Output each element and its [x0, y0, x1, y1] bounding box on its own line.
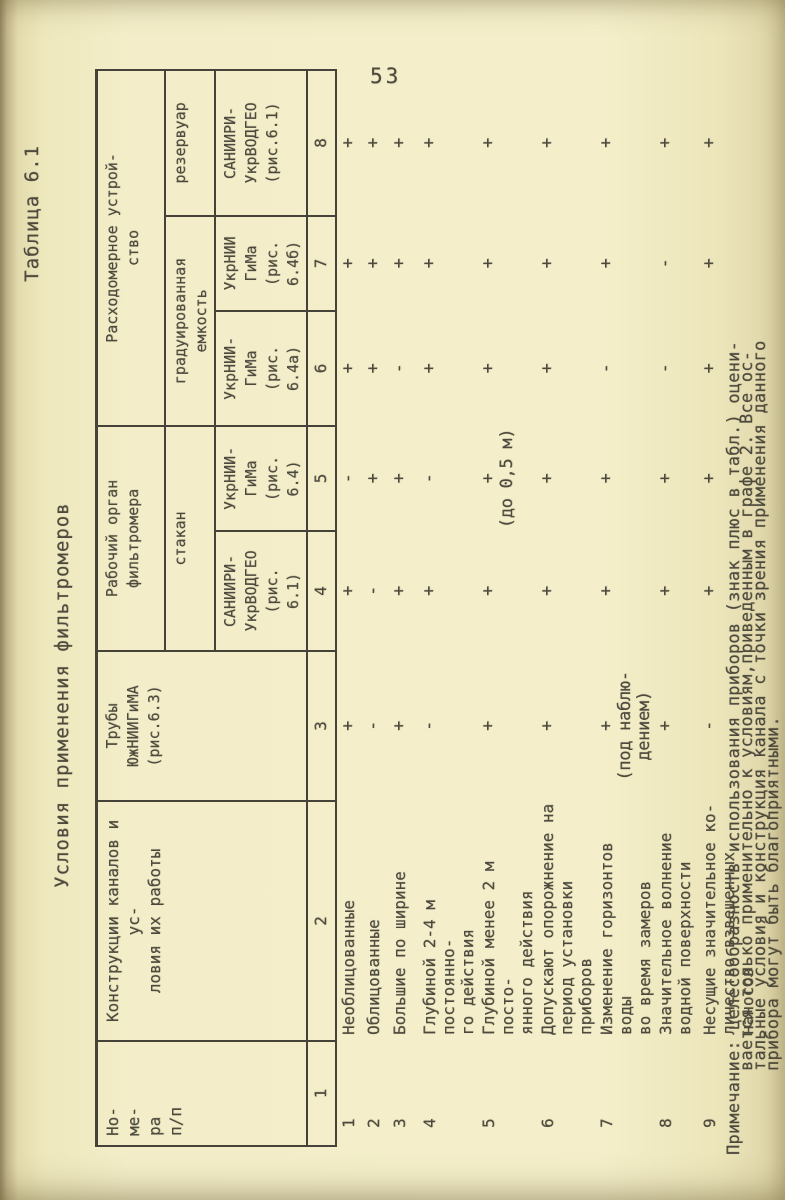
mark-cell: +: [477, 216, 536, 311]
header-group-working-organ: Рабочий орган фильтромера: [97, 426, 165, 651]
row-label: Большие по ширине: [388, 801, 418, 1041]
mark-cell: -: [362, 651, 388, 801]
scanned-book-page: 53 Таблица 6.1 Условия применения фильтр…: [0, 0, 785, 1200]
mark-cell: +: [654, 426, 698, 531]
mark-cell: +: [595, 426, 654, 531]
header-row-groups: Но- ме- ра п/п Конструкции каналов и ус-…: [97, 70, 165, 1146]
column-number: 2: [307, 801, 336, 1041]
mark-cell: +: [336, 70, 362, 216]
mark-cell: -: [595, 311, 654, 426]
header-col-numbers: Но- ме- ра п/п: [97, 1041, 307, 1146]
table-row: 7 Изменение горизонтов воды во время зам…: [595, 70, 654, 1146]
mark-cell: +: [418, 531, 477, 651]
column-number: 4: [307, 531, 336, 651]
mark-cell: +: [654, 70, 698, 216]
mark-cell: +: [362, 311, 388, 426]
column-number: 7: [307, 216, 336, 311]
header-col-constructions: Конструкции каналов и ус- ловия их работ…: [97, 801, 307, 1041]
header-col5-ukrniigima: УкрНИИ- ГиМа (рис. 6.4): [215, 426, 307, 531]
row-number: 2: [362, 1041, 388, 1146]
header-group-flow-device: Расходомерное устрой- ство: [97, 70, 165, 426]
mark-cell: +: [536, 311, 595, 426]
row-label: Необлицованные: [336, 801, 362, 1041]
table-row: 4 Глубиной 2-4 м постоянно- го действия …: [418, 70, 477, 1146]
mark-cell: +: [336, 311, 362, 426]
table-row: 3 Большие по ширине + + + - + +: [388, 70, 418, 1146]
row-label: Допускают опорожнение на период установк…: [536, 801, 595, 1041]
table-row: 1 Необлицованные + + - + + +: [336, 70, 362, 1146]
mark-cell: +: [536, 70, 595, 216]
row-number: 8: [654, 1041, 698, 1146]
mark-cell: +: [336, 651, 362, 801]
table-row: 2 Облицованные - - + + + +: [362, 70, 388, 1146]
header-col4-saniiri: САНИИРИ- УкрВОДГЕО (рис. 6.1): [215, 531, 307, 651]
mark-cell: + (до 0,5 м): [477, 426, 536, 531]
row-label: Глубиной 2-4 м постоянно- го действия: [418, 801, 477, 1041]
mark-cell: -: [418, 426, 477, 531]
rotated-table-sheet: Таблица 6.1 Условия применения фильтроме…: [5, 25, 785, 1175]
table-title: Условия применения фильтромеров: [51, 502, 73, 888]
mark-cell: +: [418, 70, 477, 216]
mark-cell: +: [477, 70, 536, 216]
row-number: 1: [336, 1041, 362, 1146]
mark-cell: +: [536, 531, 595, 651]
row-label: Изменение горизонтов воды во время замер…: [595, 801, 654, 1041]
mark-cell: +: [362, 70, 388, 216]
mark-cell: +: [388, 70, 418, 216]
mark-cell: +: [654, 651, 698, 801]
header-col7-ukrniigima-b: УкрНИИ ГиМа (рис. 6.4б): [215, 216, 307, 311]
mark-cell: +: [388, 426, 418, 531]
mark-cell: +: [336, 216, 362, 311]
mark-cell: + (под наблю- дением): [595, 651, 654, 801]
column-number-row: 1 2 3 4 5 6 7 8: [307, 70, 336, 1146]
column-number: 1: [307, 1041, 336, 1146]
row-number: 7: [595, 1041, 654, 1146]
table-row: 5 Глубиной менее 2 м посто- янного дейст…: [477, 70, 536, 1146]
row-number: 5: [477, 1041, 536, 1146]
mark-cell: +: [418, 311, 477, 426]
header-col8-saniiri: САНИИРИ- УкрВОДГЕО (рис.6.1): [215, 70, 307, 216]
mark-cell: -: [362, 531, 388, 651]
mark-cell: +: [595, 70, 654, 216]
column-number: 6: [307, 311, 336, 426]
mark-cell: +: [477, 531, 536, 651]
row-label: Значительное волнение водной поверхности: [654, 801, 698, 1041]
mark-cell: +: [477, 651, 536, 801]
mark-cell: +: [536, 426, 595, 531]
filter-meter-conditions-table: Но- ме- ра п/п Конструкции каналов и ус-…: [95, 69, 762, 1147]
mark-cell: -: [388, 311, 418, 426]
table-label: Таблица 6.1: [21, 145, 43, 282]
mark-cell: -: [336, 426, 362, 531]
row-number: 3: [388, 1041, 418, 1146]
header-col6-ukrniigima-a: УкрНИИ- ГиМа (рис. 6.4а): [215, 311, 307, 426]
mark-cell: -: [654, 311, 698, 426]
mark-cell: +: [362, 426, 388, 531]
mark-cell: +: [388, 216, 418, 311]
mark-cell: +: [536, 216, 595, 311]
header-col-tubes: Трубы ЮжНИИГиМА (рис.6.3): [97, 651, 307, 801]
mark-cell: +: [418, 216, 477, 311]
header-subgroup-graduated-tank: градуированная емкость: [165, 216, 215, 426]
header-subgroup-cup: стакан: [165, 426, 215, 651]
column-number: 3: [307, 651, 336, 801]
mark-cell: -: [654, 216, 698, 311]
mark-cell: +: [536, 651, 595, 801]
mark-cell: +: [388, 531, 418, 651]
column-number: 5: [307, 426, 336, 531]
header-subgroup-reservoir: резервуар: [165, 70, 215, 216]
column-number: 8: [307, 70, 336, 216]
mark-cell: +: [362, 216, 388, 311]
mark-cell: +: [654, 531, 698, 651]
table-row: 8 Значительное волнение водной поверхнос…: [654, 70, 698, 1146]
mark-cell: +: [336, 531, 362, 651]
row-number: 6: [536, 1041, 595, 1146]
mark-cell: +: [595, 216, 654, 311]
table-footnote: Примечание: целесообразность использован…: [728, 171, 780, 1155]
mark-cell: +: [388, 651, 418, 801]
row-number: 4: [418, 1041, 477, 1146]
mark-cell: +: [595, 531, 654, 651]
row-label: Облицованные: [362, 801, 388, 1041]
row-label: Глубиной менее 2 м посто- янного действи…: [477, 801, 536, 1041]
mark-cell: +: [477, 311, 536, 426]
mark-cell: -: [418, 651, 477, 801]
table-row: 6 Допускают опорожнение на период устано…: [536, 70, 595, 1146]
